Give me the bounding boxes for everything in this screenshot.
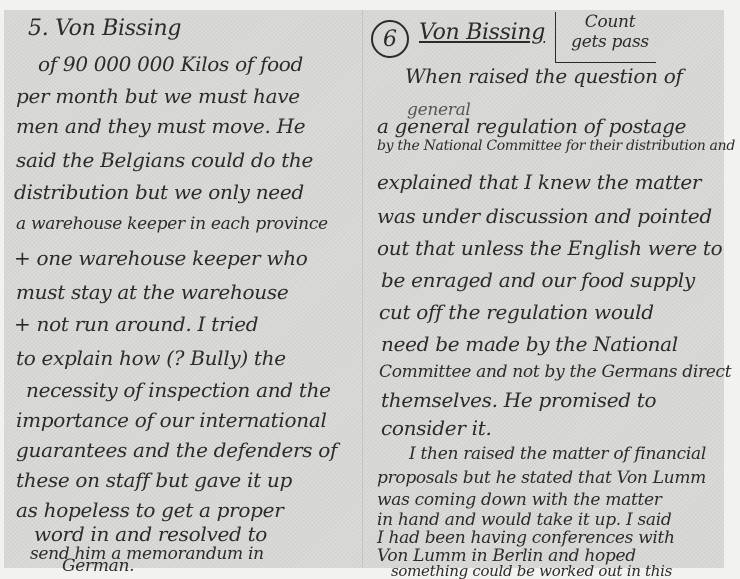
left-page-heading: 5. Von Bissing: [28, 16, 181, 41]
right-page-heading: Von Bissing: [419, 20, 545, 45]
left-line-2: per month but we must have: [16, 84, 300, 108]
left-line-14: these on staff but gave it up: [16, 468, 292, 492]
right-line-11: themselves. He promised to: [381, 388, 656, 412]
left-line-3: men and they must move. He: [16, 114, 305, 138]
left-line-1: of 90 000 000 Kilos of food: [38, 52, 303, 76]
document-scan: 5. Von Bissing of 90 000 000 Kilos of fo…: [4, 10, 724, 568]
right-line-7: be enraged and our food supply: [381, 268, 695, 292]
left-line-4: said the Belgians could do the: [16, 148, 313, 172]
right-line-2: a general regulation of postage: [377, 114, 686, 138]
right-line-4: explained that I knew the matter: [377, 170, 701, 194]
left-page: 5. Von Bissing of 90 000 000 Kilos of fo…: [4, 10, 362, 568]
left-line-11: necessity of inspection and the: [26, 378, 331, 402]
right-line-9: need be made by the National: [381, 332, 678, 356]
left-line-18: German.: [62, 556, 134, 576]
left-line-10: to explain how (? Bully) the: [16, 346, 286, 370]
margin-note: Count gets pass: [565, 12, 655, 52]
left-line-6: a warehouse keeper in each province: [16, 214, 328, 234]
left-line-8: must stay at the warehouse: [16, 280, 288, 304]
right-line-8: cut off the regulation would: [379, 300, 654, 324]
right-line-14: proposals but he stated that Von Lumm: [377, 468, 706, 488]
right-line-15: was coming down with the matter: [377, 490, 662, 510]
left-line-13: guarantees and the defenders of: [16, 438, 337, 462]
right-line-13: I then raised the matter of financial: [409, 444, 706, 464]
right-line-1: When raised the question of: [405, 64, 683, 88]
left-line-9: + not run around. I tried: [14, 312, 258, 336]
right-line-19: something could be worked out in this: [391, 562, 672, 579]
left-line-16: word in and resolved to: [34, 522, 267, 546]
right-line-16: in hand and would take it up. I said: [377, 510, 671, 530]
page-number-circle: 6: [371, 20, 409, 58]
right-line-10: Committee and not by the Germans direct: [379, 362, 731, 382]
right-page: 6 Von Bissing Count gets pass When raise…: [362, 10, 724, 568]
right-line-3: by the National Committee for their dist…: [377, 138, 735, 154]
left-line-15: as hopeless to get a proper: [16, 498, 283, 522]
left-line-5: distribution but we only need: [14, 180, 304, 204]
left-line-12: importance of our international: [16, 408, 327, 432]
right-line-17: I had been having conferences with: [377, 528, 675, 548]
left-line-7: + one warehouse keeper who: [14, 246, 308, 270]
right-line-5: was under discussion and pointed: [377, 204, 712, 228]
right-line-6: out that unless the English were to: [377, 236, 722, 260]
right-line-12: consider it.: [381, 416, 492, 440]
